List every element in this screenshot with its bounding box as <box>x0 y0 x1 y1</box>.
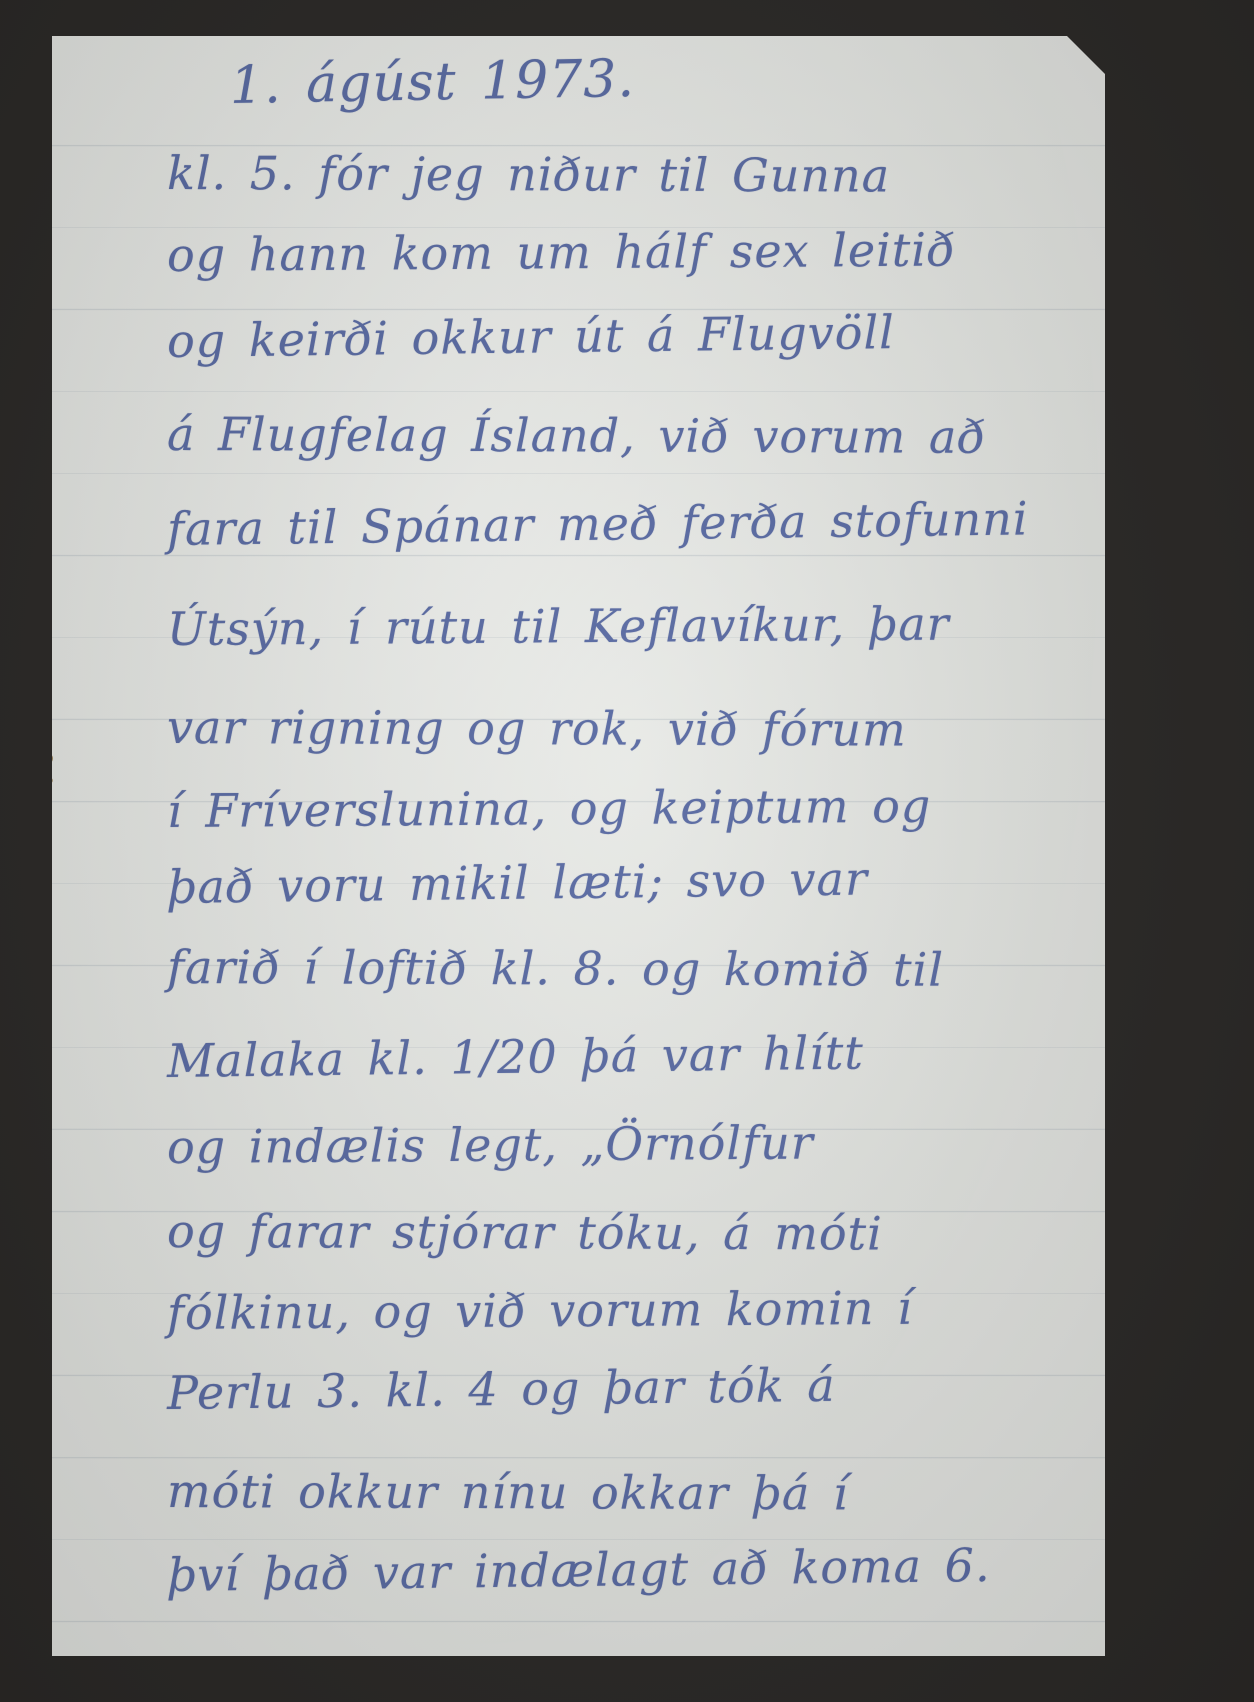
paper-speck <box>48 778 53 783</box>
handwritten-line: á Flugfelag Ísland, við vorum að <box>167 411 986 460</box>
handwritten-line: Malaka kl. 1/20 þá var hlítt <box>167 1029 864 1084</box>
scan-background: 1. ágúst 1973. kl. 5. fór jeg niður til … <box>0 0 1254 1702</box>
handwritten-line: Perlu 3. kl. 4 og þar tók á <box>167 1362 836 1416</box>
handwritten-line: Útsýn, í rútu til Keflavíkur, þar <box>167 601 950 652</box>
handwritten-line: kl. 5. fór jeg niður til Gunna <box>167 150 890 199</box>
handwritten-line: það voru mikil læti; svo var <box>167 855 868 910</box>
handwritten-line: var rigning og rok, við fórum <box>167 704 907 753</box>
handwritten-line: og keirði okkur út á Flugvöll <box>167 309 895 364</box>
letter-date: 1. ágúst 1973. <box>230 53 636 112</box>
handwritten-line: því það var indælagt að koma 6. <box>167 1542 991 1598</box>
handwritten-line: og hann kom um hálf sex leitið <box>167 226 956 278</box>
handwritten-line: móti okkur nínu okkar þá í <box>167 1468 849 1516</box>
letter-page: 1. ágúst 1973. kl. 5. fór jeg niður til … <box>52 36 1105 1656</box>
handwritten-line: fara til Spánar með ferða stofunni <box>167 495 1029 552</box>
paper-speck <box>46 754 53 763</box>
handwritten-line: og indælis legt, „Örnólfur <box>167 1119 814 1170</box>
handwritten-line: fólkinu, og við vorum komin í <box>167 1285 913 1336</box>
handwritten-line: í Fríverslunina, og keiptum og <box>167 783 932 834</box>
handwritten-line: og farar stjórar tóku, á móti <box>167 1208 883 1256</box>
handwritten-line: farið í loftið kl. 8. og komið til <box>167 944 944 993</box>
